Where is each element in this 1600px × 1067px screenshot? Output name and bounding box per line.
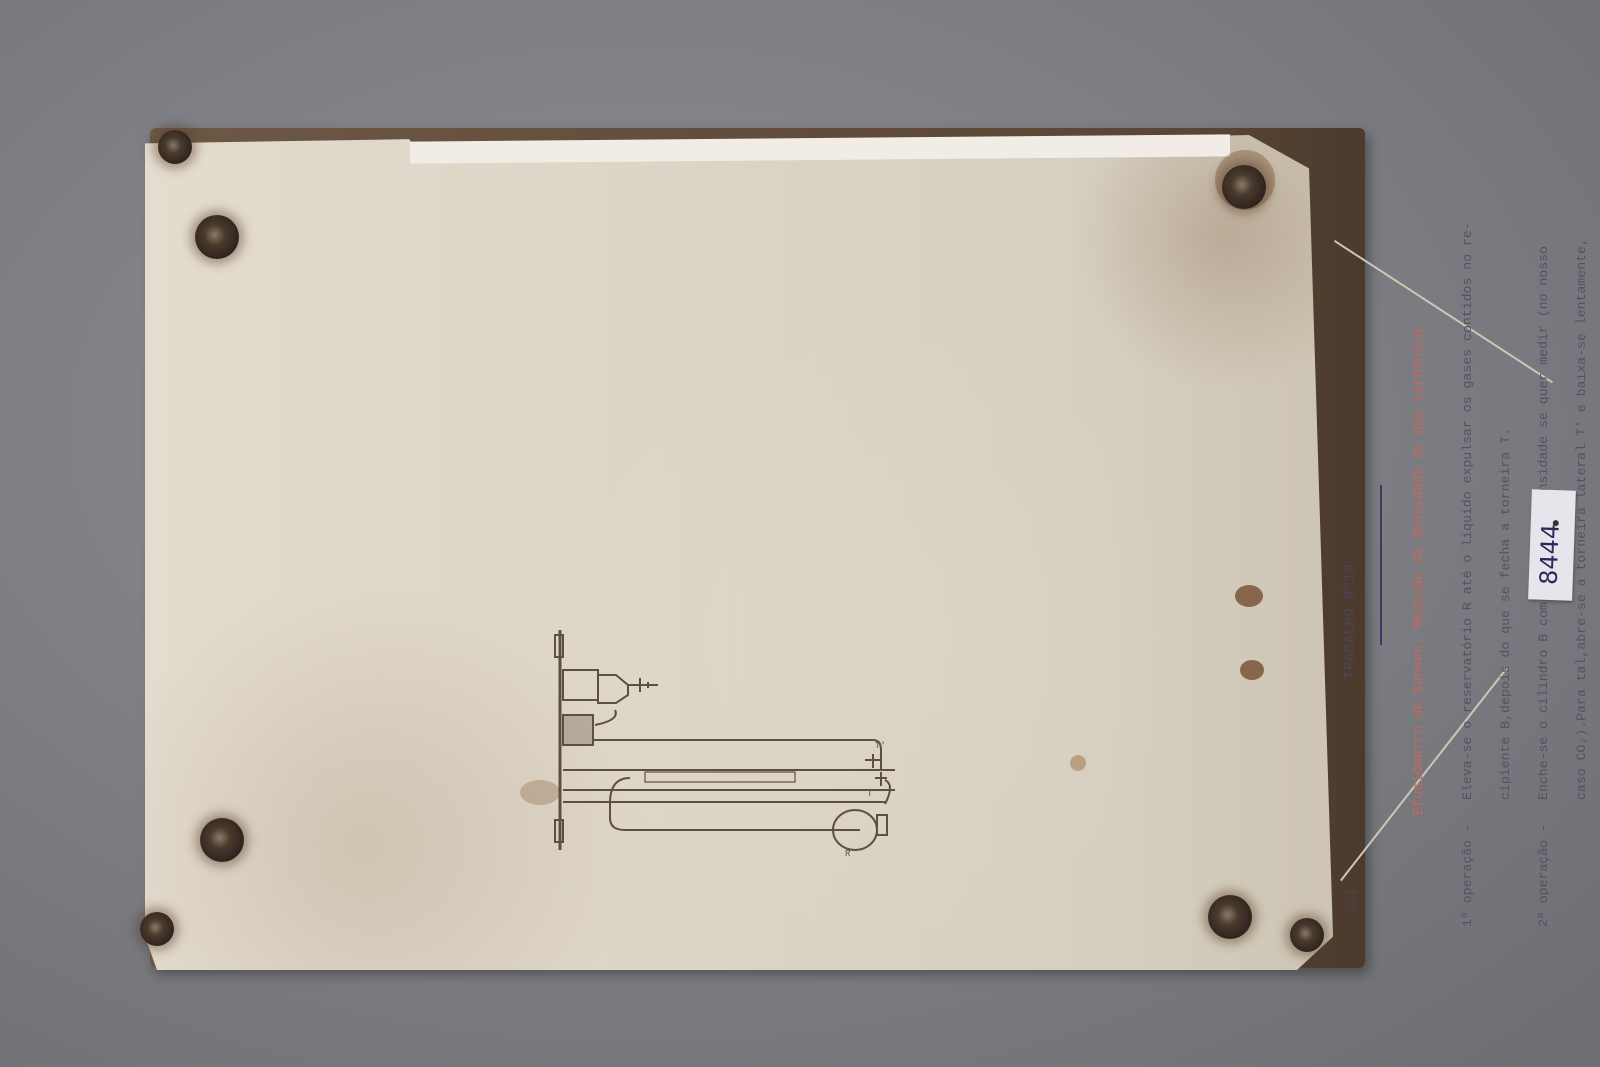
title-underline — [1380, 485, 1382, 645]
rivet — [1222, 165, 1266, 209]
rivet — [140, 912, 174, 946]
rivet — [1290, 918, 1324, 952]
rivet — [158, 130, 192, 164]
operation-text: Eleva-se o reservatório R até o líquido … — [1460, 222, 1475, 800]
rivet — [1208, 895, 1252, 939]
document-title: TRABALHO Nº14 — [1342, 563, 1358, 679]
operation-label: 1ª operação - — [1460, 824, 1475, 927]
operation-text: caso CO₂).Para tal,abre-se a torneira la… — [1574, 238, 1589, 800]
catalog-number: 8444 — [1535, 523, 1565, 585]
stain — [1240, 660, 1264, 680]
document-subtitle: Efusiómetro de Bunsen. Medição da densid… — [1412, 321, 1427, 815]
stain — [1070, 755, 1086, 771]
catalog-tag: 8444 — [1528, 489, 1576, 600]
svg-text:T: T — [867, 789, 873, 799]
stain — [1235, 585, 1263, 607]
operation-text: cipiente B,depois do que se fecha a torn… — [1498, 428, 1513, 800]
rivet — [200, 818, 244, 862]
effusiometer-diagram: R T' T — [515, 620, 895, 860]
rivet — [195, 215, 239, 259]
page-number: (1) — [1345, 888, 1359, 910]
svg-text:R: R — [845, 849, 851, 859]
operation-label: 2ª operação - — [1536, 824, 1551, 927]
svg-text:T': T' — [875, 741, 886, 751]
